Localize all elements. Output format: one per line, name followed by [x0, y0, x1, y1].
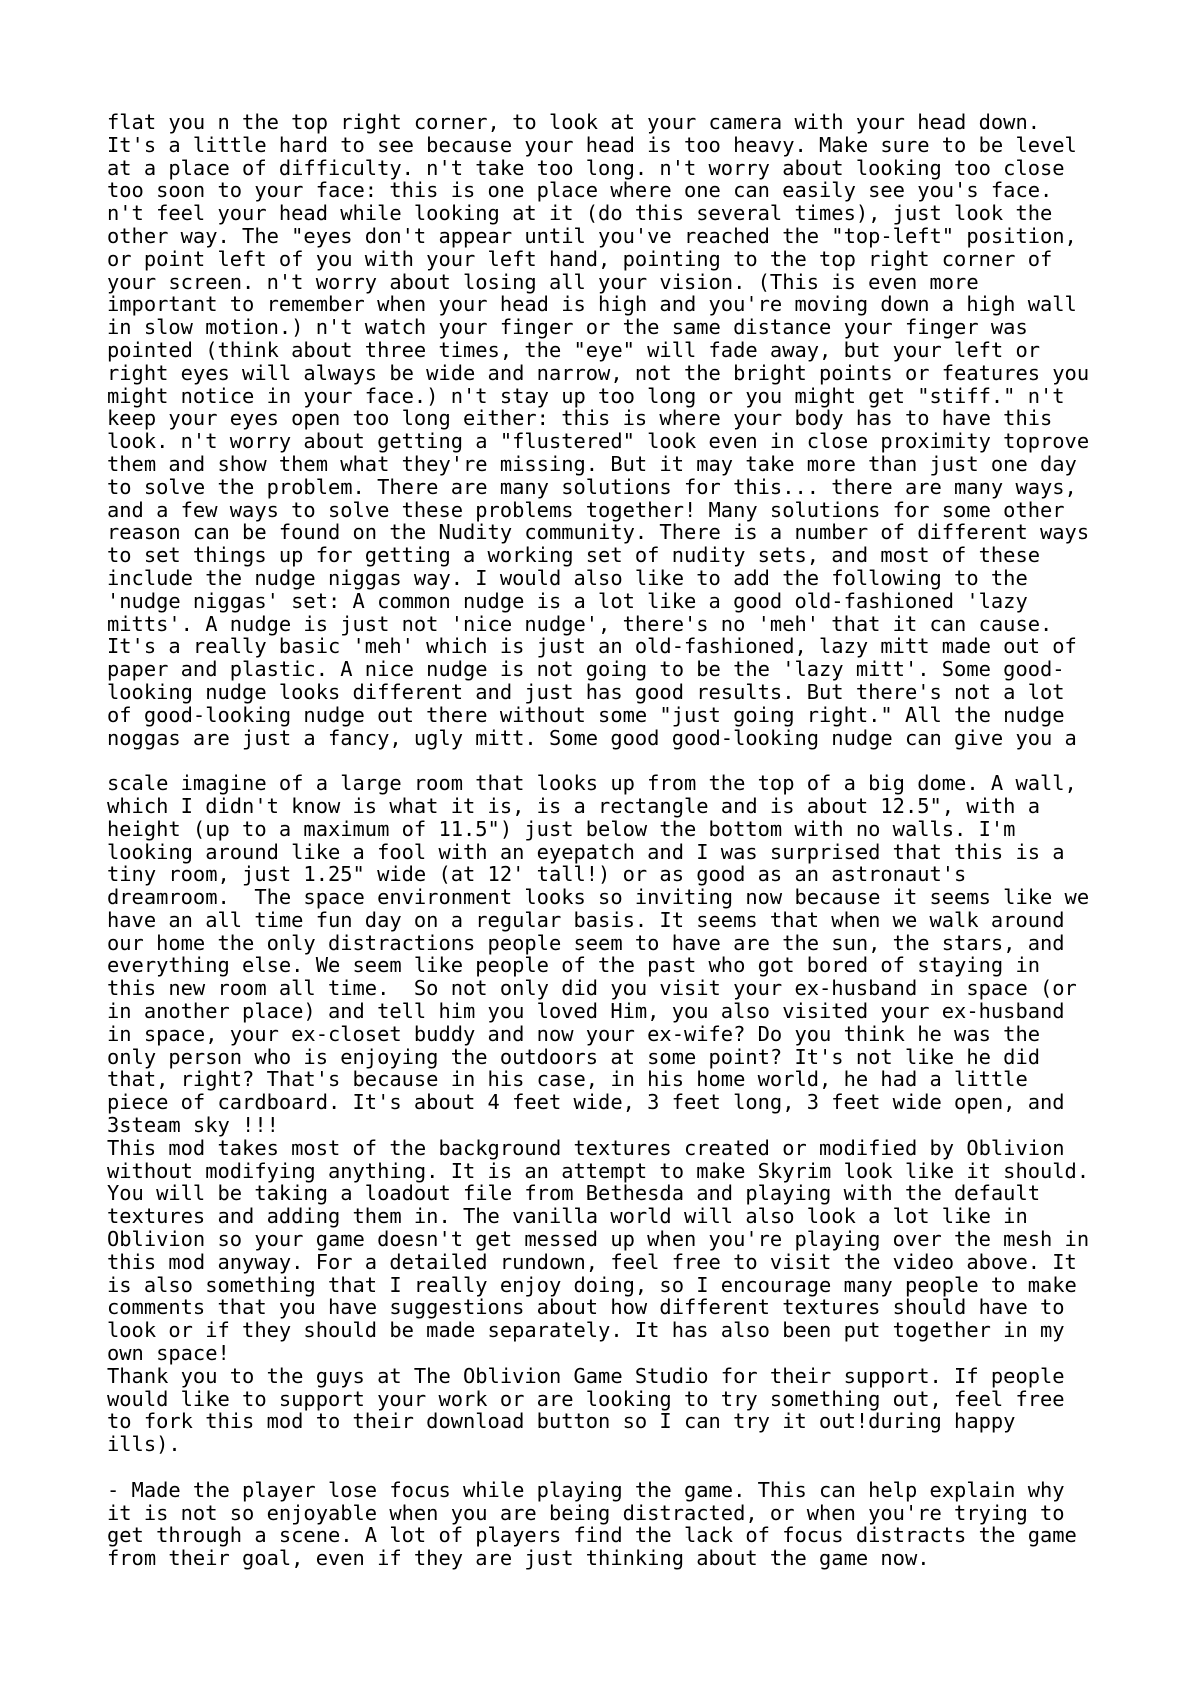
paragraph-room-and-mod-description: scale imagine of a large room that looks… [107, 772, 1200, 1456]
paragraph-instructions: flat you n the top right corner, to look… [107, 111, 1200, 749]
paragraph-changelog-note: - Made the player lose focus while playi… [107, 1479, 1200, 1570]
document-page: flat you n the top right corner, to look… [0, 0, 1200, 1698]
